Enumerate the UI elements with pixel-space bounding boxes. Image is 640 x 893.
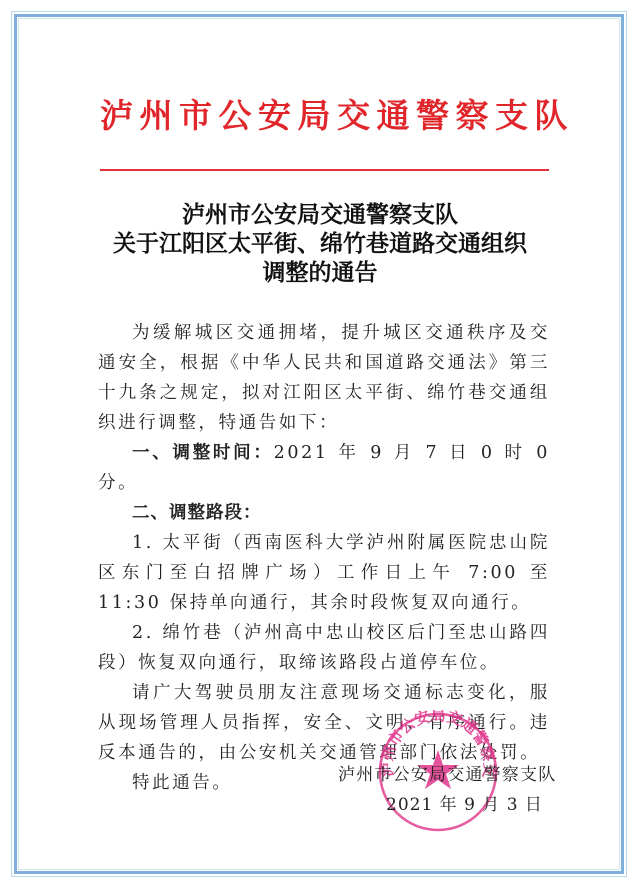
section-label: 二、调整路段： bbox=[132, 503, 262, 523]
title-line-3: 调整的通告 bbox=[80, 258, 560, 287]
title-line-2: 关于江阳区太平街、绵竹巷道路交通组织 bbox=[80, 229, 560, 258]
letterhead-title: 泸州市公安局交通警察支队 bbox=[100, 94, 556, 138]
section-label: 一、调整时间： bbox=[132, 443, 274, 463]
letterhead-divider bbox=[100, 169, 549, 171]
section-adjust-time: 一、调整时间：2021 年 9 月 7 日 0 时 0 分。 bbox=[98, 438, 550, 498]
title-line-1: 泸州市公安局交通警察支队 bbox=[80, 200, 560, 229]
issuer-signature: 泸州市公安局交通警察支队 bbox=[338, 762, 548, 788]
road-item-mianzhu: 2. 绵竹巷（泸州高中忠山校区后门至忠山路四段）恢复双向通行，取缔该路段占道停车… bbox=[98, 618, 550, 678]
road-item-taiping: 1. 太平街（西南医科大学泸州附属医院忠山院区东门至白招牌广场）工作日上午 7:… bbox=[98, 528, 550, 618]
notice-title: 泸州市公安局交通警察支队 关于江阳区太平街、绵竹巷道路交通组织 调整的通告 bbox=[80, 200, 560, 287]
section-adjust-roads: 二、调整路段： bbox=[98, 498, 550, 528]
issue-date: 2021 年 9 月 3 日 bbox=[386, 792, 543, 818]
intro-paragraph: 为缓解城区交通拥堵，提升城区交通秩序及交通安全，根据《中华人民共和国道路交通法》… bbox=[98, 318, 550, 438]
